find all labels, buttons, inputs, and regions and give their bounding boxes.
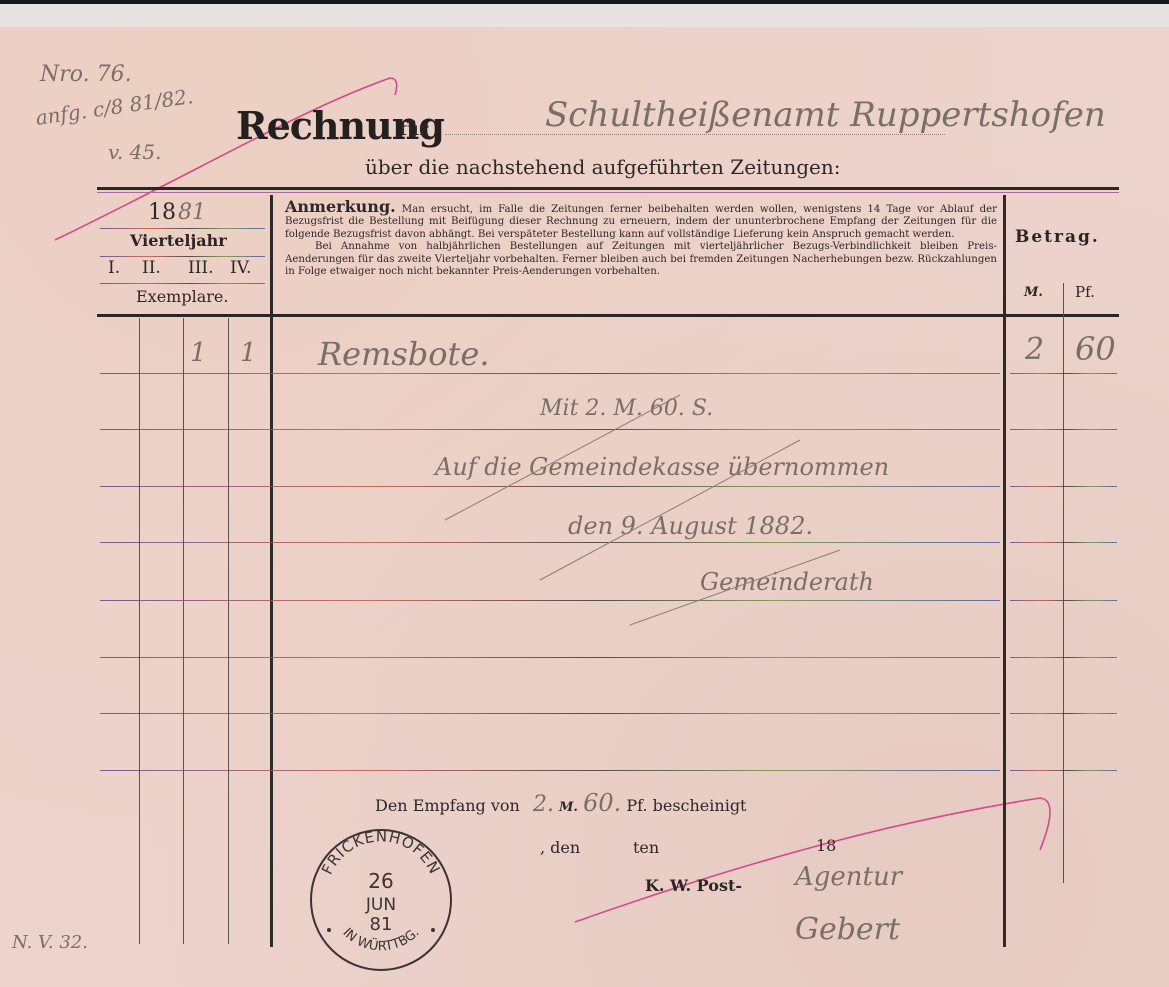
date-den-label: , den xyxy=(540,838,580,857)
postmark-circle-icon: FRICKENHOFEN IN WÜRTTBG. 26 JUN 81 xyxy=(307,826,455,974)
postmark-day: 26 xyxy=(368,869,393,893)
post-office-label: K. W. Post- xyxy=(645,876,742,895)
postmark-stamp: FRICKENHOFEN IN WÜRTTBG. 26 JUN 81 xyxy=(307,826,455,974)
receipt-prefix: Den Empfang von xyxy=(375,796,520,815)
postmark-month: JUN xyxy=(365,895,396,915)
receipt-line: Den Empfang von 2. M. 60. Pf. bescheinig… xyxy=(375,789,746,817)
receipt-mark-unit: M. xyxy=(559,800,578,815)
date-ten-label: ten xyxy=(633,838,659,857)
receipt-mark-amount: 2. xyxy=(533,792,554,817)
postmark-year: 81 xyxy=(370,914,393,935)
date-year-label: 18 xyxy=(816,836,836,855)
receipt-suffix: Pf. bescheinigt xyxy=(626,796,746,815)
strike-through-lines xyxy=(0,0,1169,987)
signature-name: Gebert xyxy=(795,912,900,947)
signature-agency: Agentur xyxy=(795,862,902,892)
receipt-pf-amount: 60. xyxy=(583,789,621,817)
